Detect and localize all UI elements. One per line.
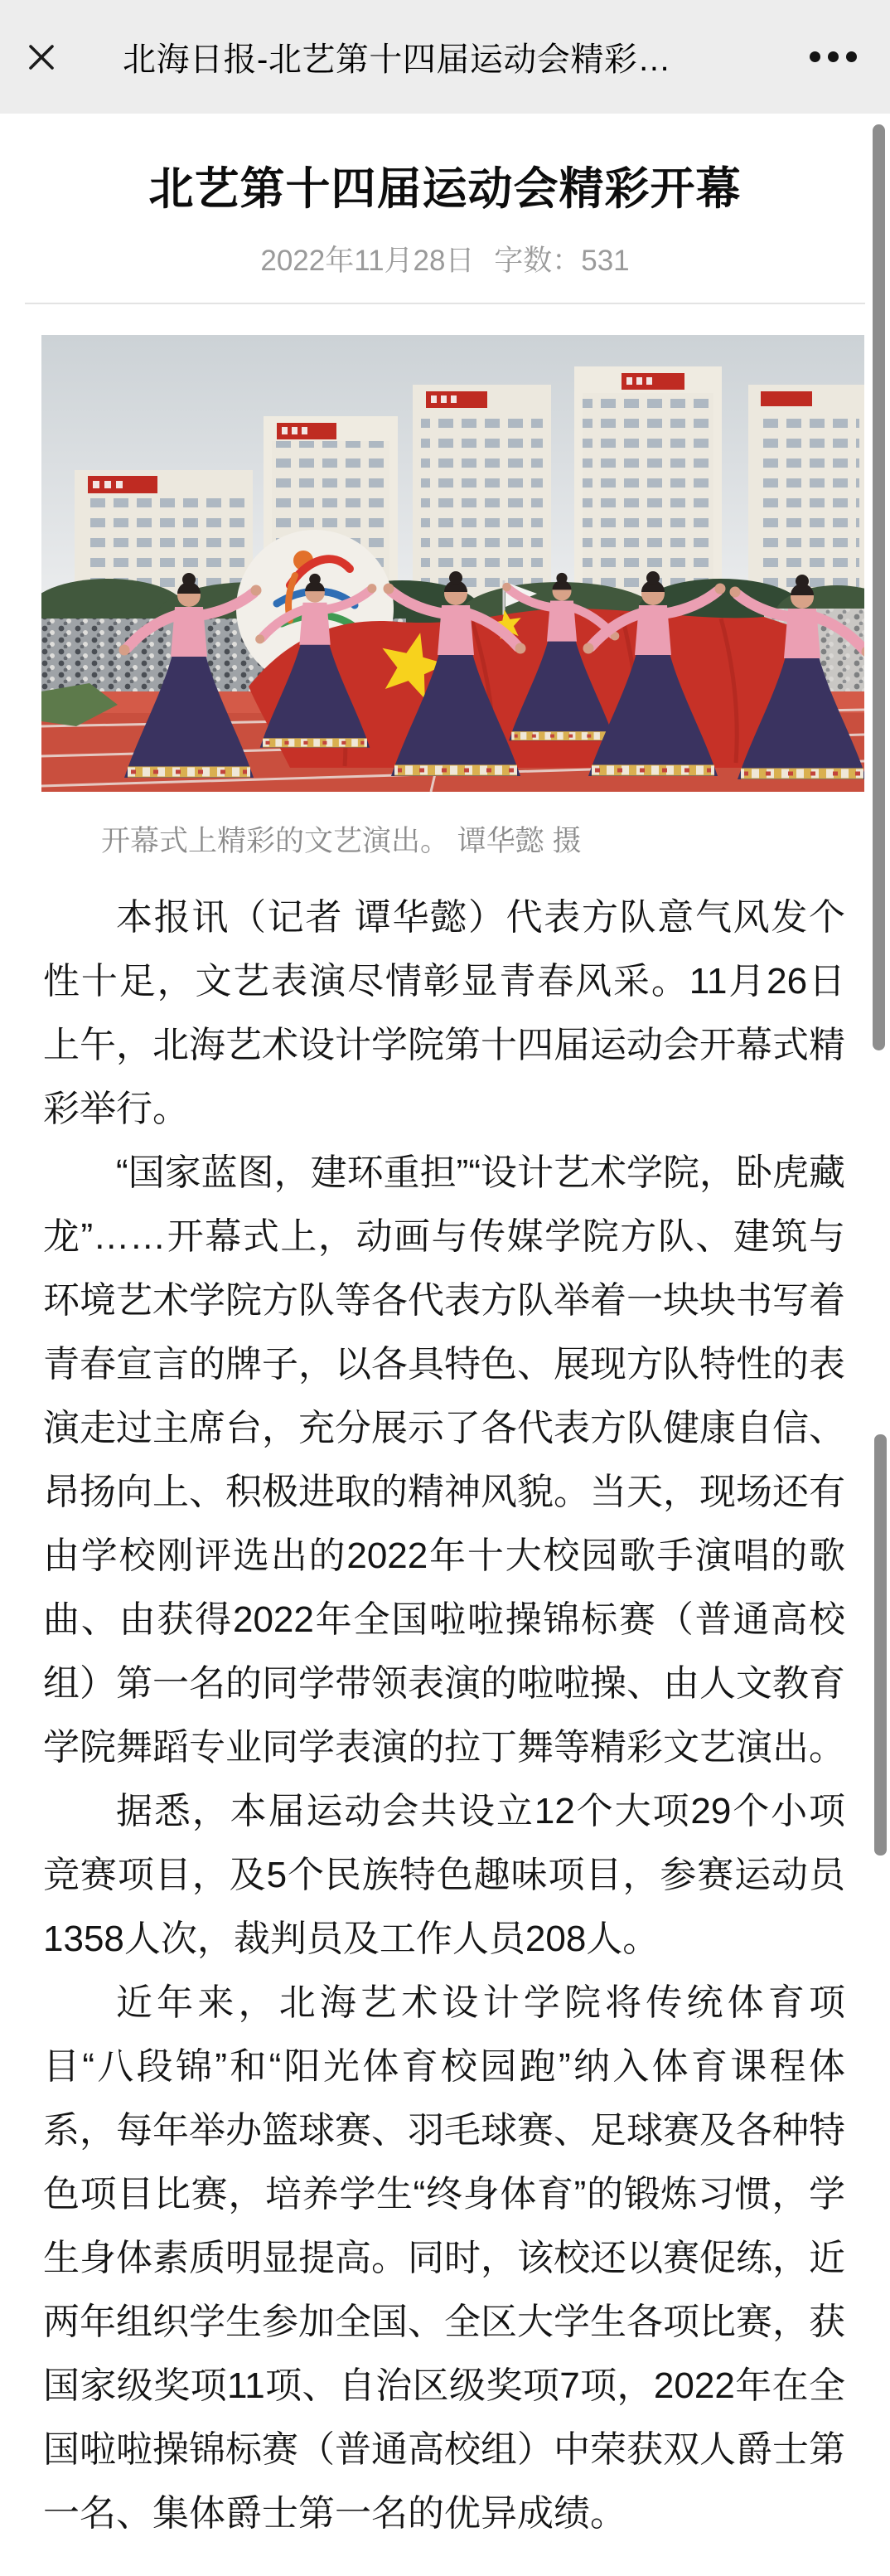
paragraph-2: “国家蓝图，建环重担”“设计艺术学院，卧虎藏龙”……开幕式上，动画与传媒学院方队…: [43, 1141, 845, 1779]
scrollbar-thumb-2[interactable]: [874, 1434, 887, 1856]
paragraph-1: 本报讯（记者 谭华懿）代表方队意气风发个性十足，文艺表演尽情彰显青春风采。11月…: [43, 885, 845, 1141]
paragraph-3: 据悉，本届运动会共设立12个大项29个小项竞赛项目，及5个民族特色趣味项目，参赛…: [43, 1779, 845, 1971]
article-title: 北艺第十四届运动会精彩开幕: [0, 162, 890, 218]
topbar: 北海日报-北艺第十四届运动会精彩…: [0, 0, 890, 114]
close-icon[interactable]: [25, 41, 58, 74]
photo-caption: 开幕式上精彩的文艺演出。 谭华懿 摄: [0, 822, 890, 861]
more-options-icon[interactable]: [805, 40, 862, 74]
paragraph-4: 近年来，北海艺术设计学院将传统体育项目“八段锦”和“阳光体育校园跑”纳入体育课程…: [43, 1971, 845, 2545]
article-date: 2022年11月28日: [260, 245, 474, 277]
article-meta: 2022年11月28日 字数：531: [0, 238, 890, 279]
divider: [25, 303, 865, 304]
word-count: 字数：531: [494, 245, 629, 277]
article-photo: [41, 335, 864, 792]
wechat-article-screen: 北海日报-北艺第十四届运动会精彩… 北艺第十四届运动会精彩开幕 2022年11月…: [0, 0, 890, 2576]
topbar-title: 北海日报-北艺第十四届运动会精彩…: [123, 33, 671, 80]
article-body: 本报讯（记者 谭华懿）代表方队意气风发个性十足，文艺表演尽情彰显青春风采。11月…: [0, 885, 890, 2545]
scrollbar-thumb[interactable]: [873, 124, 885, 1050]
